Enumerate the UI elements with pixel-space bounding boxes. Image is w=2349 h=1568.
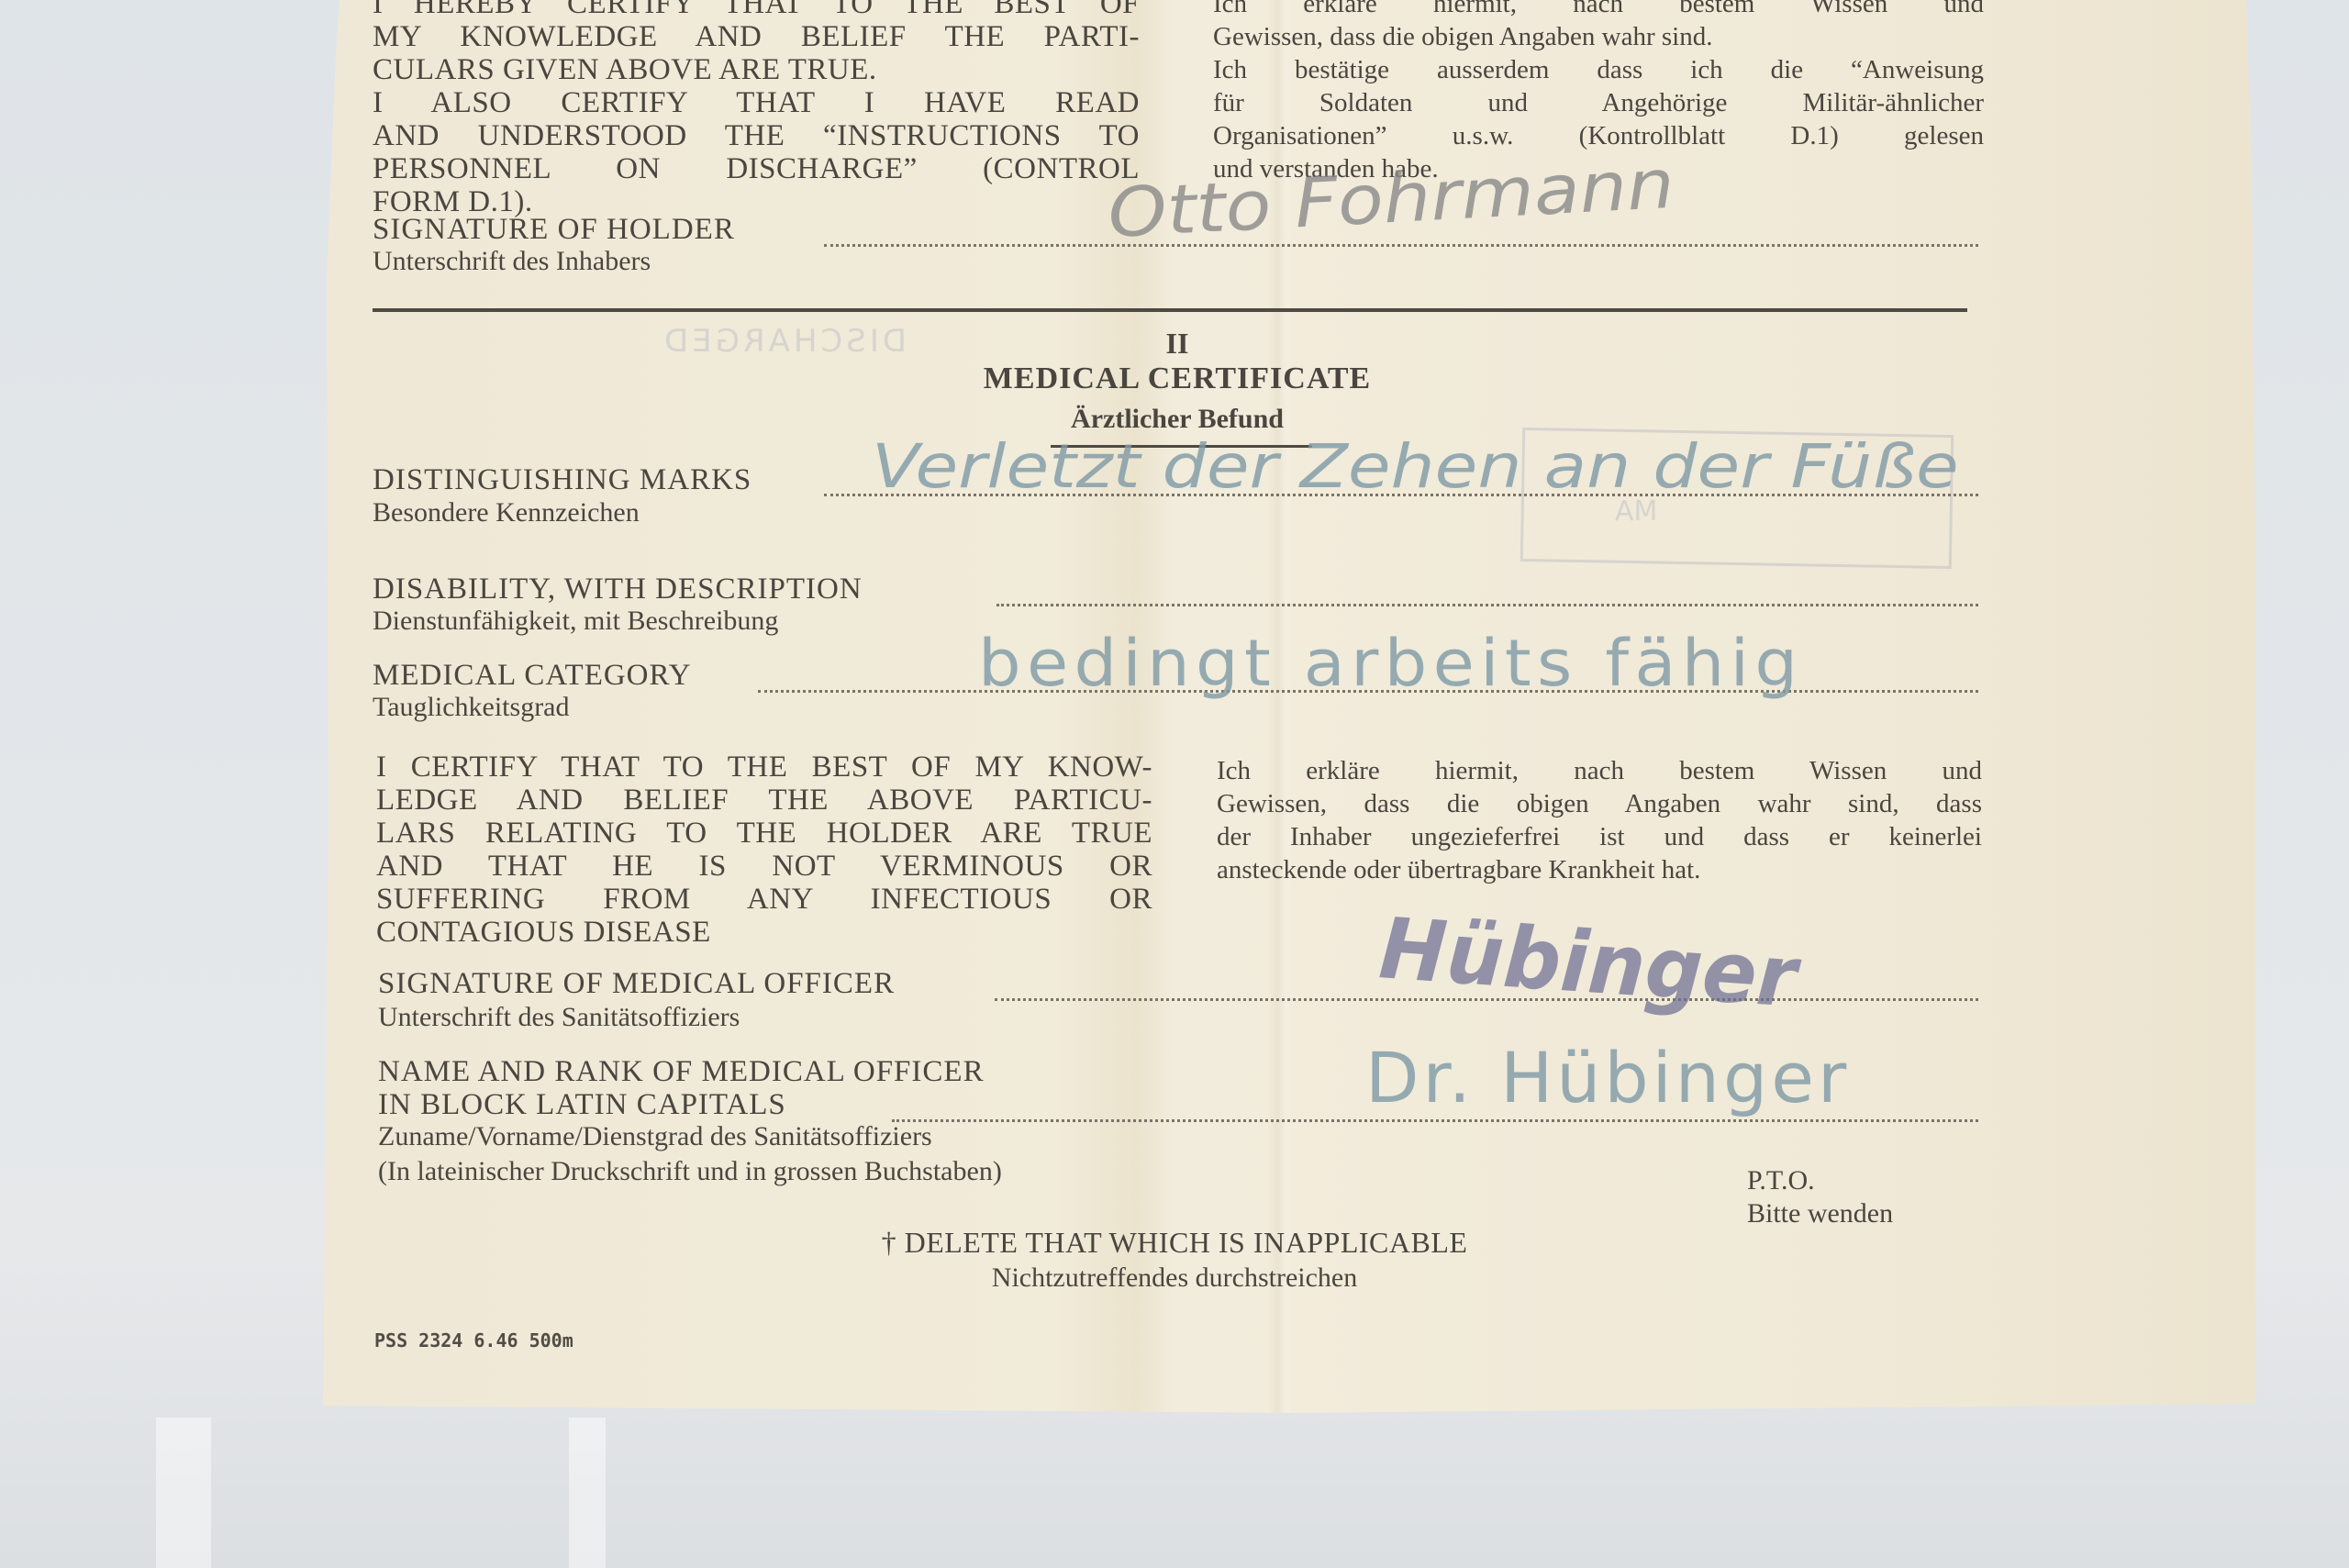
form-code: PSS 2324 6.46 500m — [374, 1329, 573, 1351]
pto-label: P.T.O. — [1747, 1165, 1815, 1196]
delete-note-de: Nichtzutreffendes durchstreichen — [762, 1262, 1587, 1294]
background-highlight — [156, 1418, 211, 1568]
delete-note: † DELETE THAT WHICH IS INAPPLICABLE — [716, 1226, 1633, 1260]
text-line: Ich bestätige ausserdem dass ich die “An… — [1213, 53, 1984, 86]
field-label-disability: DISABILITY, WITH DESCRIPTION — [373, 573, 863, 606]
text-line: PERSONNEL ON DISCHARGE” (CONTROL — [373, 152, 1140, 185]
holder-signature-line — [824, 244, 1978, 247]
text-line: SUFFERING FROM ANY INFECTIOUS OR — [376, 883, 1152, 916]
text-line: der Inhaber ungezieferfrei ist und dass … — [1217, 820, 1982, 853]
officer-name-label-2: IN BLOCK LATIN CAPITALS — [378, 1088, 786, 1121]
holder-signature-label: SIGNATURE OF HOLDER — [373, 213, 735, 246]
field-label-medical-category: MEDICAL CATEGORY — [373, 659, 692, 692]
field-label-de: Dienstunfähigkeit, mit Beschreibung — [373, 606, 778, 637]
officer-name-label: NAME AND RANK OF MEDICAL OFFICER — [378, 1055, 985, 1088]
officer-name-label-de-2: (In lateinischer Druckschrift und in gro… — [378, 1156, 1002, 1187]
medical-certification-en: I CERTIFY THAT TO THE BEST OF MY KNOW- L… — [376, 751, 1152, 949]
text-line: Ich erkläre hiermit, nach bestem Wissen … — [1213, 0, 1984, 20]
text-line: MY KNOWLEDGE AND BELIEF THE PARTI- — [373, 20, 1140, 53]
text-line: I ALSO CERTIFY THAT I HAVE READ — [373, 86, 1140, 119]
text-line: LARS RELATING TO THE HOLDER ARE TRUE — [376, 817, 1152, 850]
officer-signature-label: SIGNATURE OF MEDICAL OFFICER — [378, 967, 895, 1000]
field-label-distinguishing-marks: DISTINGUISHING MARKS — [373, 463, 751, 496]
medical-certification-de: Ich erkläre hiermit, nach bestem Wissen … — [1217, 754, 1982, 886]
section-number: II — [1085, 327, 1269, 361]
distinguishing-marks-value[interactable]: Verletzt der Zehen an der Füße — [872, 431, 1959, 502]
text-line: ansteckende oder übertragbare Krankheit … — [1217, 853, 1982, 886]
text-line: I HEREBY CERTIFY THAT TO THE BEST OF — [373, 0, 1140, 20]
officer-name-line[interactable] — [892, 1119, 1978, 1122]
officer-name-label-de: Zuname/Vorname/Dienstgrad des Sanitätsof… — [378, 1121, 932, 1152]
text-line: AND THAT HE IS NOT VERMINOUS OR — [376, 850, 1152, 883]
text-line: AND UNDERSTOOD THE “INSTRUCTIONS TO — [373, 119, 1140, 152]
disability-line[interactable] — [996, 604, 1978, 606]
section-title-de: Ärztlicher Befund — [994, 404, 1361, 435]
officer-signature-label-de: Unterschrift des Sanitätsoffiziers — [378, 1002, 740, 1033]
holder-declaration-en: I HEREBY CERTIFY THAT TO THE BEST OF MY … — [373, 0, 1140, 218]
officer-name-value[interactable]: Dr. Hübinger — [1365, 1037, 1850, 1118]
section-divider — [373, 308, 1967, 312]
holder-signature-label-de: Unterschrift des Inhabers — [373, 246, 651, 277]
text-line: CULARS GIVEN ABOVE ARE TRUE. — [373, 53, 1140, 86]
faded-stamp: DISCHARGED — [661, 323, 907, 360]
field-label-de: Tauglichkeitsgrad — [373, 692, 570, 723]
text-line: I CERTIFY THAT TO THE BEST OF MY KNOW- — [376, 751, 1152, 784]
text-line: LEDGE AND BELIEF THE ABOVE PARTICU- — [376, 784, 1152, 817]
text-line: für Soldaten und Angehörige Militär-ähnl… — [1213, 86, 1984, 119]
section-title: MEDICAL CERTIFICATE — [902, 361, 1453, 396]
pto-label-de: Bitte wenden — [1747, 1198, 1893, 1229]
text-line: CONTAGIOUS DISEASE — [376, 916, 1152, 949]
text-line: Gewissen, dass die obigen Angaben wahr s… — [1213, 20, 1984, 53]
text-line: Organisationen” u.s.w. (Kontrollblatt D.… — [1213, 119, 1984, 152]
text-line: Gewissen, dass die obigen Angaben wahr s… — [1217, 787, 1982, 820]
background-highlight — [569, 1418, 606, 1568]
field-label-de: Besondere Kennzeichen — [373, 497, 640, 528]
text-line: Ich erkläre hiermit, nach bestem Wissen … — [1217, 754, 1982, 787]
medical-category-value[interactable]: bedingt arbeits fähig — [978, 626, 1803, 701]
